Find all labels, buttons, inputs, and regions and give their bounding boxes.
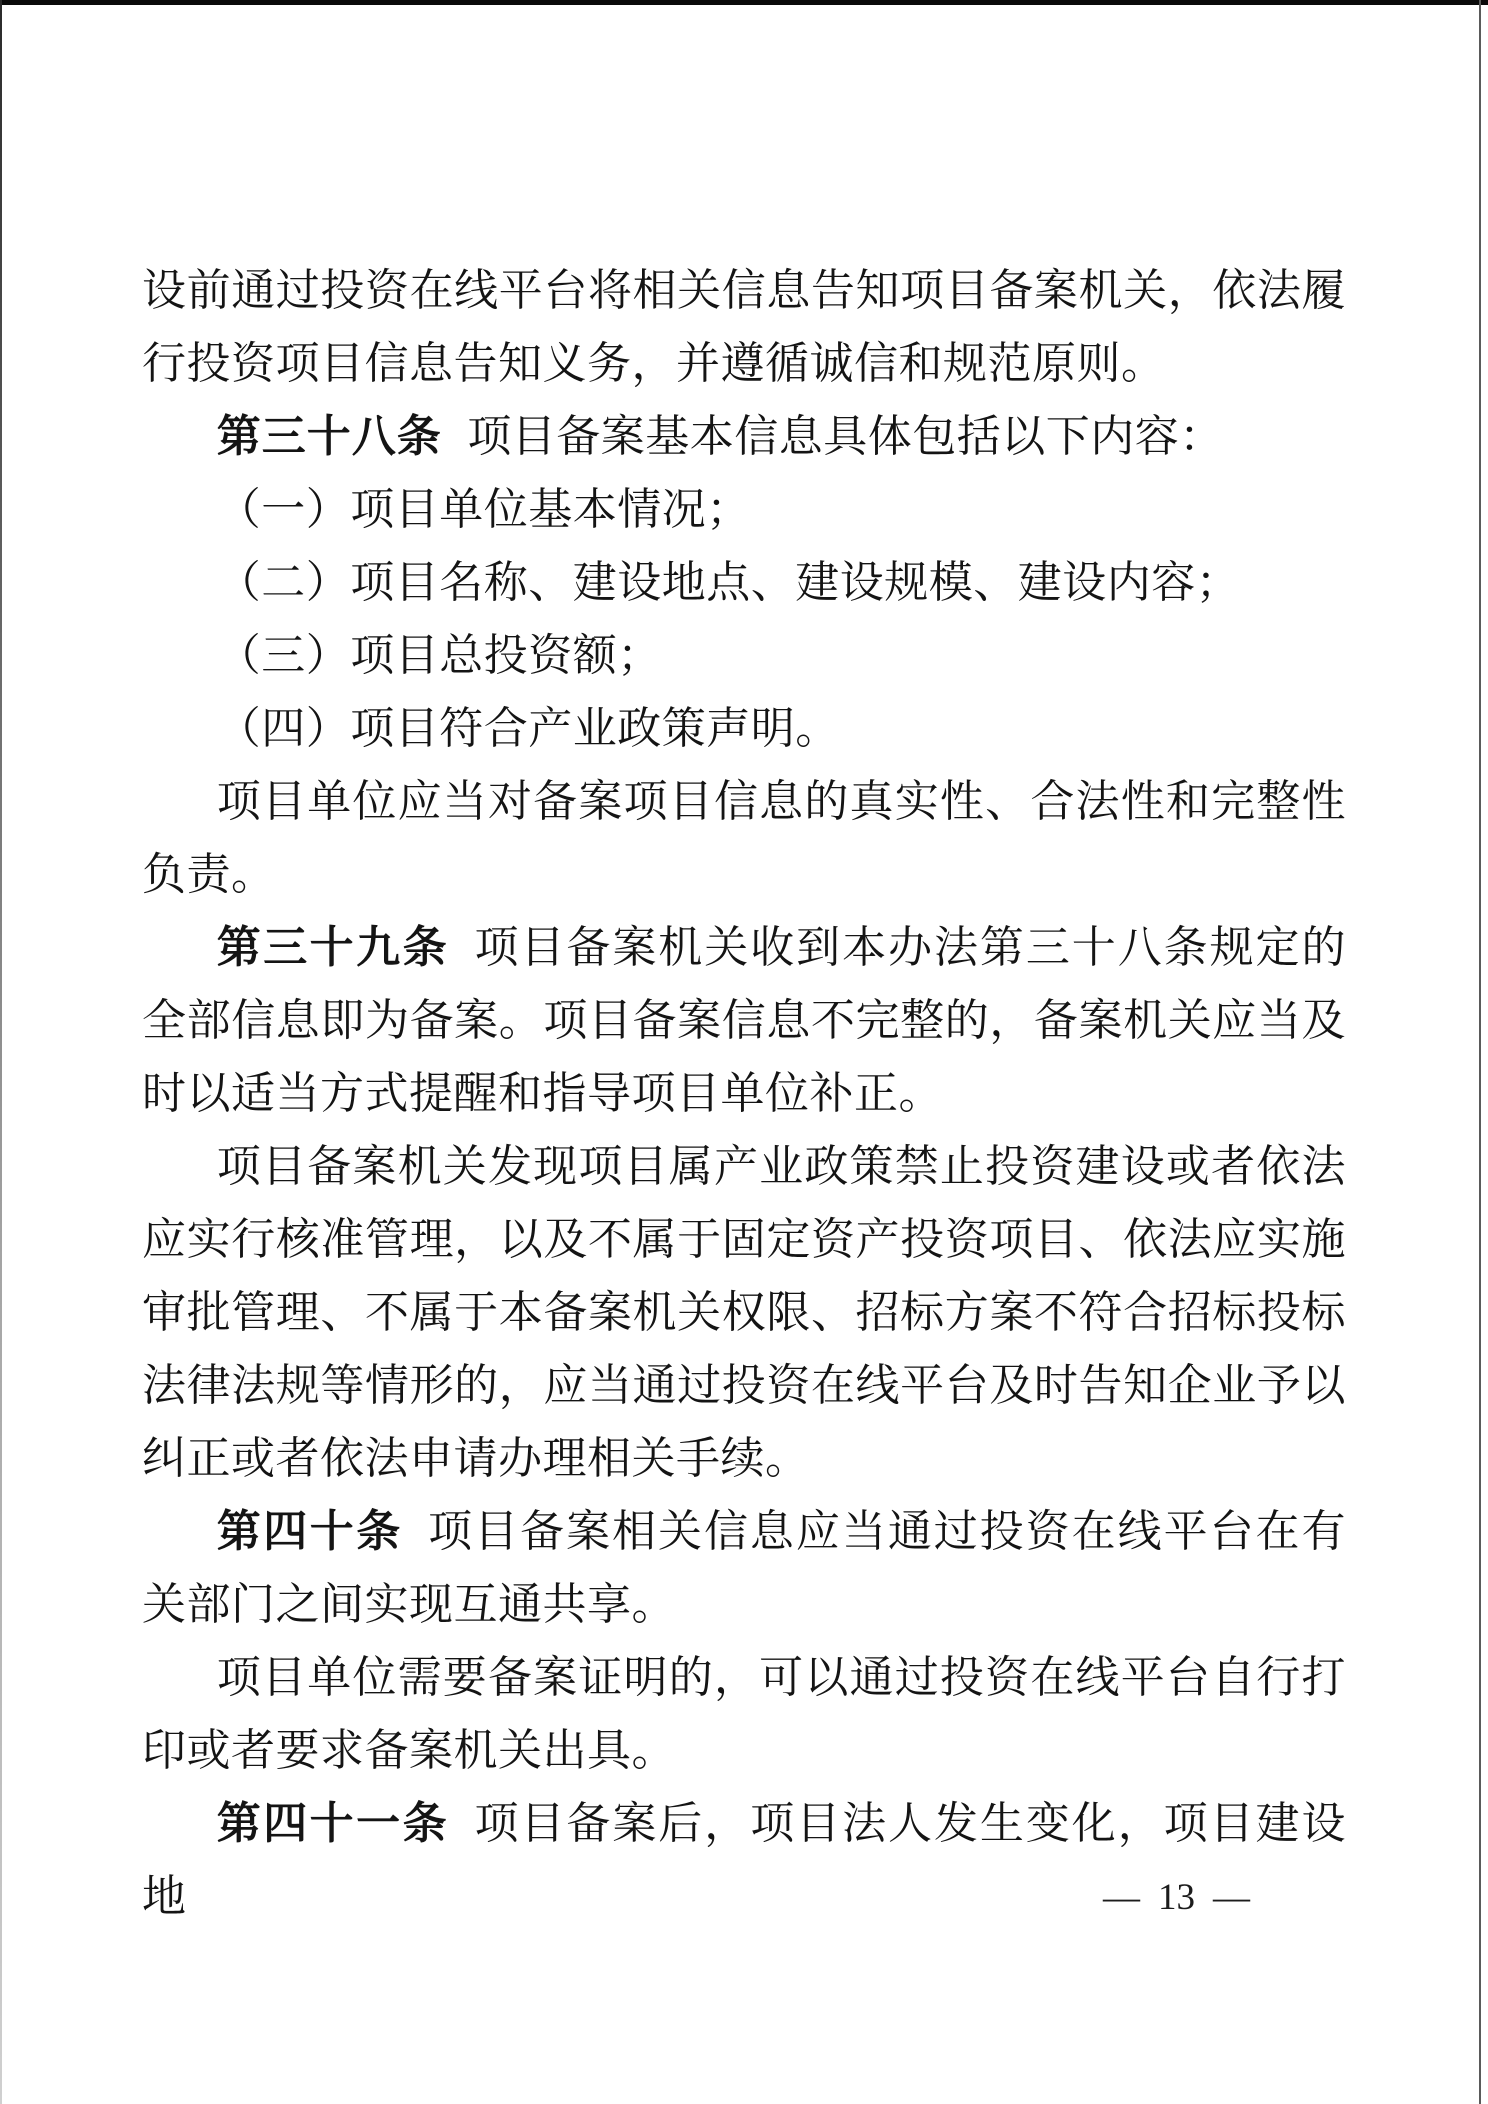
scan-border-top — [0, 0, 1488, 5]
body-paragraph: 项目单位应当对备案项目信息的真实性、合法性和完整性负责。 — [142, 765, 1346, 911]
body-paragraph: （一）项目单位基本情况； — [142, 473, 1346, 546]
document-page: 设前通过投资在线平台将相关信息告知项目备案机关，依法履行投资项目信息告知义务，并… — [0, 0, 1488, 2104]
article-number-label: 第四十一条 — [217, 1799, 449, 1848]
page-number-footer: —13— — [1103, 1876, 1250, 1920]
body-paragraph: （四）项目符合产业政策声明。 — [142, 692, 1346, 765]
body-paragraph: 项目备案机关发现项目属产业政策禁止投资建设或者依法应实行核准管理，以及不属于固定… — [142, 1130, 1346, 1495]
footer-right-dash: — — [1213, 1877, 1250, 1918]
body-paragraph: （三）项目总投资额； — [142, 619, 1346, 692]
scan-border-right — [1479, 0, 1481, 2104]
document-text-block: 设前通过投资在线平台将相关信息告知项目备案机关，依法履行投资项目信息告知义务，并… — [142, 254, 1346, 1933]
article-paragraph: 第三十九条项目备案机关收到本办法第三十八条规定的全部信息即为备案。项目备案信息不… — [142, 911, 1346, 1130]
article-number-label: 第四十条 — [217, 1507, 403, 1556]
scan-border-left — [0, 0, 2, 2104]
article-paragraph: 第四十条项目备案相关信息应当通过投资在线平台在有关部门之间实现互通共享。 — [142, 1495, 1346, 1641]
body-paragraph: 设前通过投资在线平台将相关信息告知项目备案机关，依法履行投资项目信息告知义务，并… — [142, 254, 1346, 400]
body-paragraph: （二）项目名称、建设地点、建设规模、建设内容； — [142, 546, 1346, 619]
article-number-label: 第三十九条 — [217, 923, 449, 972]
footer-page-number: 13 — [1140, 1877, 1213, 1918]
article-number-label: 第三十八条 — [217, 412, 442, 461]
footer-left-dash: — — [1103, 1877, 1140, 1918]
article-paragraph: 第三十八条项目备案基本信息具体包括以下内容： — [142, 400, 1346, 473]
body-paragraph: 项目单位需要备案证明的，可以通过投资在线平台自行打印或者要求备案机关出具。 — [142, 1641, 1346, 1787]
